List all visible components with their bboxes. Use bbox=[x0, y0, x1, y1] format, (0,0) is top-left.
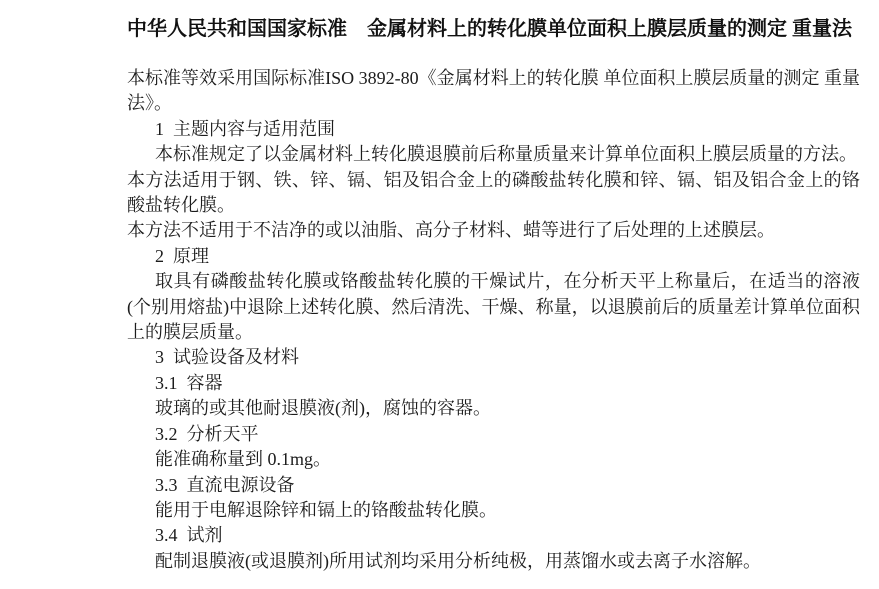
paragraph-applicability: 本方法适用于钢、铁、锌、镉、铝及铝合金上的磷酸盐转化膜和锌、镉、铝及铝合金上的铬… bbox=[127, 168, 860, 219]
paragraph-power-use: 能用于电解退除锌和镉上的铬酸盐转化膜。 bbox=[127, 498, 860, 523]
heading-3-equipment-materials: 3 试验设备及材料 bbox=[127, 345, 860, 370]
paragraph-non-applicability: 本方法不适用于不洁净的或以油脂、高分子材料、蜡等进行了后处理的上述膜层。 bbox=[127, 218, 860, 243]
heading-3-3-dc-power-equipment: 3.3 直流电源设备 bbox=[127, 473, 860, 498]
document-page: 中华人民共和国国家标准 金属材料上的转化膜单位面积上膜层质量的测定 重量法 本标… bbox=[0, 0, 879, 589]
paragraph-container: 玻璃的或其他耐退膜液(剂)，腐蚀的容器。 bbox=[127, 396, 860, 421]
paragraph-reagent-preparation: 配制退膜液(或退膜剂)所用试剂均采用分析纯极，用蒸馏水或去离子水溶解。 bbox=[127, 549, 860, 574]
heading-1-scope: 1 主题内容与适用范围 bbox=[127, 117, 860, 142]
heading-3-2-analytical-balance: 3.2 分析天平 bbox=[127, 422, 860, 447]
document-title: 中华人民共和国国家标准 金属材料上的转化膜单位面积上膜层质量的测定 重量法 bbox=[127, 16, 860, 42]
paragraph-standard-equivalence: 本标准等效采用国际标准ISO 3892-80《金属材料上的转化膜 单位面积上膜层… bbox=[127, 66, 860, 117]
heading-3-4-reagent: 3.4 试剂 bbox=[127, 523, 860, 548]
heading-2-principle: 2 原理 bbox=[127, 244, 860, 269]
paragraph-principle: 取具有磷酸盐转化膜或铬酸盐转化膜的干燥试片，在分析天平上称量后，在适当的溶液(个… bbox=[127, 269, 860, 345]
paragraph-balance-accuracy: 能准确称量到 0.1mg。 bbox=[127, 447, 860, 472]
heading-3-1-container: 3.1 容器 bbox=[127, 371, 860, 396]
paragraph-scope-definition: 本标准规定了以金属材料上转化膜退膜前后称量质量来计算单位面积上膜层质量的方法。 bbox=[127, 142, 860, 167]
